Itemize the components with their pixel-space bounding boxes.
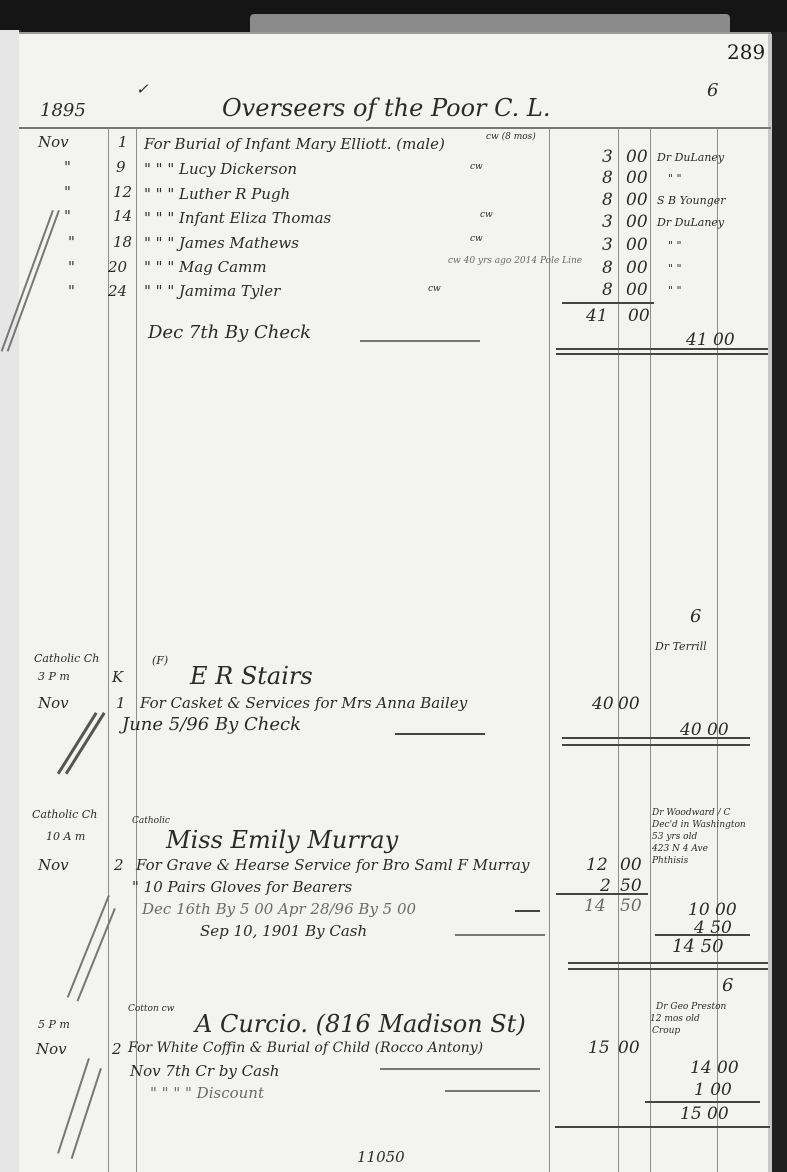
- ref-mark: K: [112, 668, 123, 686]
- total-rule: [645, 1101, 760, 1103]
- payment-leader: [360, 340, 480, 342]
- doctor-note: Dr Terrill: [655, 640, 707, 653]
- double-rule-top: [562, 737, 750, 739]
- rule-day-desc: [136, 128, 137, 1172]
- payment-text: " " " " Discount: [150, 1084, 264, 1102]
- footer-note: 11050: [357, 1148, 405, 1166]
- payment-leader: [445, 1090, 540, 1092]
- account-name: A Curcio. (816 Madison St): [195, 1010, 526, 1038]
- corner-mark: 6: [707, 80, 718, 101]
- subtotal-rule: [562, 302, 654, 304]
- year: 1895: [40, 100, 86, 121]
- payment-text: Dec 7th By Check: [148, 322, 311, 343]
- payment-amount: 41 00: [686, 330, 735, 350]
- entry-mark: Catholic: [132, 816, 170, 826]
- payment-leader: [515, 910, 540, 912]
- subtotal-cents: 50: [620, 896, 642, 916]
- double-rule-bottom: [562, 744, 750, 746]
- rule-dollars-cents: [618, 128, 619, 1172]
- payment-amount: 1 00: [694, 1080, 732, 1100]
- payment-leader: [395, 733, 485, 735]
- double-rule-bottom: [556, 353, 768, 355]
- header-rule: [19, 127, 771, 129]
- subtotal-dollars: 41: [586, 306, 608, 326]
- account-name: E R Stairs: [190, 662, 313, 690]
- double-rule-top: [556, 348, 768, 350]
- corner-mark: 6: [722, 975, 733, 996]
- account-title: Overseers of the Poor C. L.: [222, 94, 550, 122]
- corner-mark: 6: [690, 606, 701, 627]
- payment-leader: [455, 934, 545, 936]
- previous-page-edge: [0, 30, 21, 1172]
- payment-text: Nov 7th Cr by Cash: [130, 1062, 279, 1080]
- book-binding-right: [771, 32, 787, 1172]
- payment-text: Sep 10, 1901 By Cash: [200, 922, 367, 940]
- subtotal-cents: 00: [628, 306, 650, 326]
- payment-text: Dec 16th By 5 00 Apr 28/96 By 5 00: [142, 900, 416, 918]
- page-stack-edge: [768, 34, 772, 1172]
- payment-amount: 14 00: [690, 1058, 739, 1078]
- double-rule-bottom: [568, 968, 768, 970]
- double-rule: [555, 1126, 770, 1128]
- payment-leader: [380, 1068, 540, 1070]
- entry-mark: (F): [152, 654, 168, 667]
- total-amount: 15 00: [680, 1104, 729, 1124]
- rule-notes-cents: [717, 128, 718, 1172]
- rule-desc-dollars: [549, 128, 550, 1172]
- payment-amount: 4 50: [694, 918, 732, 938]
- double-rule-top: [568, 962, 768, 964]
- subtotal-rule: [556, 893, 648, 895]
- page-number: 289: [727, 40, 765, 64]
- entry-mark: Cotton cw: [128, 1004, 174, 1014]
- payment-text: June 5/96 By Check: [122, 714, 301, 735]
- checkmark: ✓: [136, 80, 149, 98]
- total-amount: 14 50: [672, 936, 724, 957]
- subtotal-dollars: 14: [584, 896, 606, 916]
- account-name: Miss Emily Murray: [166, 826, 398, 854]
- payment-amount: 10 00: [688, 900, 737, 920]
